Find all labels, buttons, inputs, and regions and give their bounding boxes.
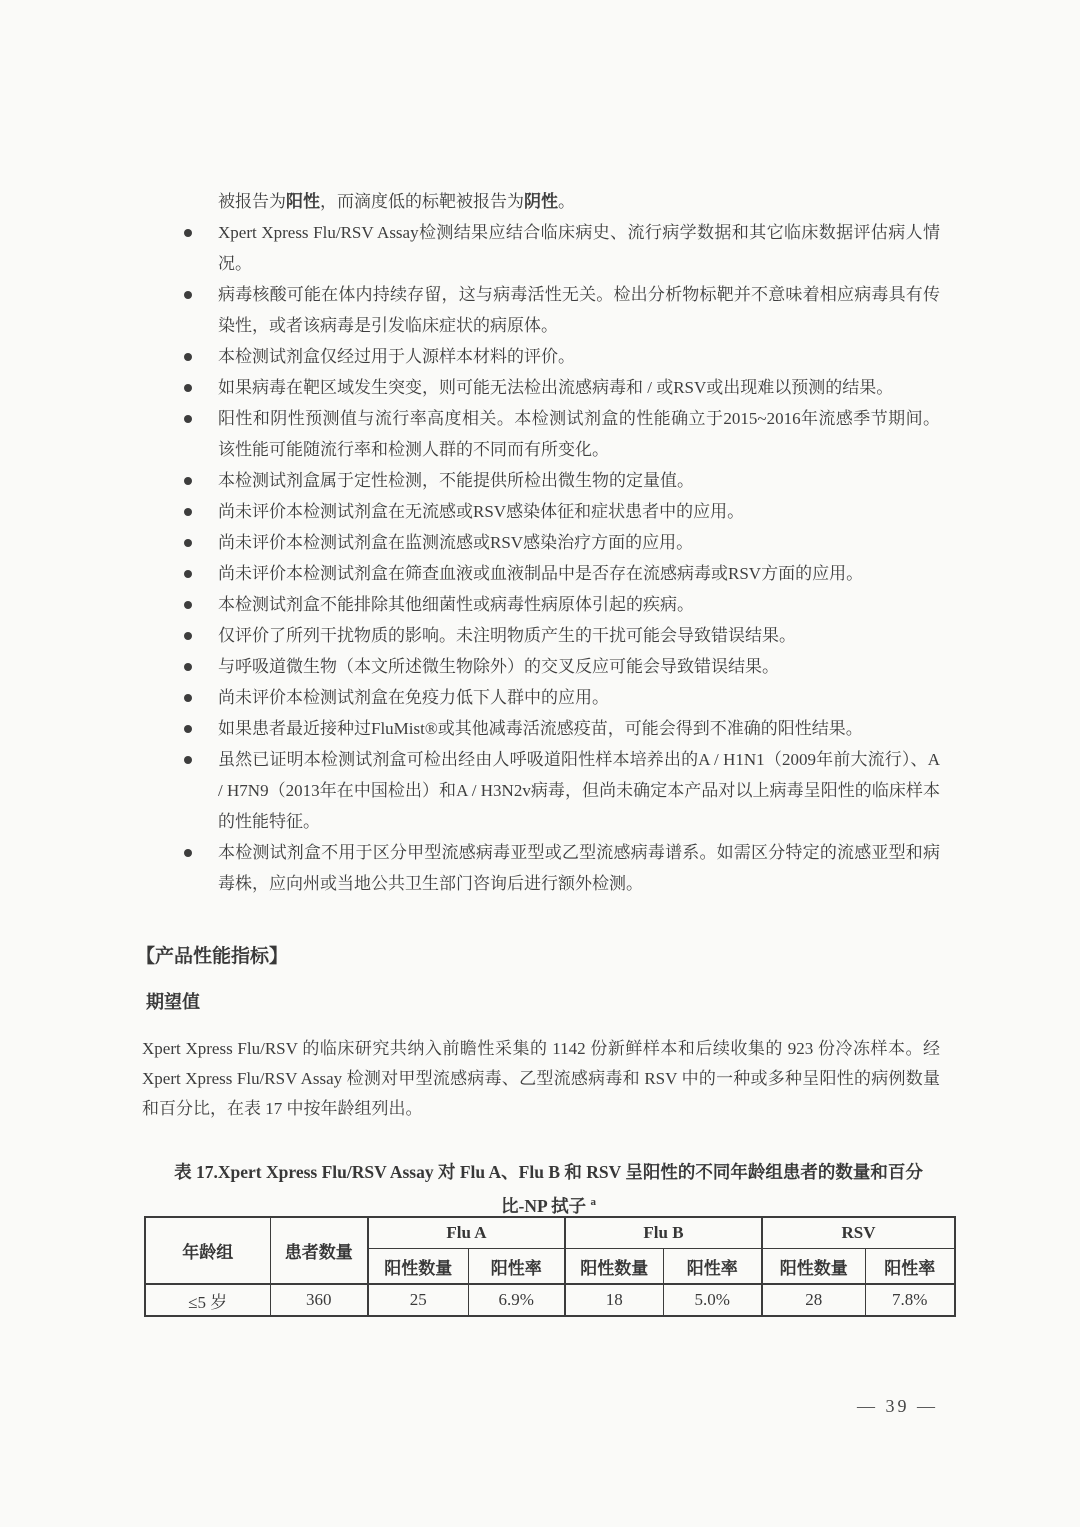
bullet-item: 本检测试剂盒属于定性检测，不能提供所检出微生物的定量值。 [140, 465, 940, 496]
table-17-caption: 表 17.Xpert Xpress Flu/RSV Assay 对 Flu A、… [140, 1157, 957, 1221]
bullet-item: 本检测试剂盒不用于区分甲型流感病毒亚型或乙型流感病毒谱系。如需区分特定的流感亚型… [140, 837, 940, 899]
col-header-rsv-positive-count: 阳性数量 [762, 1249, 865, 1285]
col-group-rsv: RSV [762, 1217, 955, 1249]
bullet-item: Xpert Xpress Flu/RSV Assay检测结果应结合临床病史、流行… [140, 217, 940, 279]
limitations-bullet-list: Xpert Xpress Flu/RSV Assay检测结果应结合临床病史、流行… [140, 217, 940, 899]
intro-text-bold-negative: 阴性 [524, 192, 558, 211]
bullet-item: 尚未评价本检测试剂盒在监测流感或RSV感染治疗方面的应用。 [140, 527, 940, 558]
cell-rsv-positive-count: 28 [762, 1284, 865, 1316]
cell-rsv-positive-rate: 7.8% [865, 1284, 955, 1316]
table-caption-footnote-marker: a [590, 1196, 596, 1208]
intro-text-pre: 被报告为 [218, 192, 286, 211]
cell-patient-count: 360 [270, 1284, 368, 1316]
intro-text-post: 。 [558, 192, 575, 211]
bullet-item: 阳性和阴性预测值与流行率高度相关。本检测试剂盒的性能确立于2015~2016年流… [140, 403, 940, 465]
bullet-item: 本检测试剂盒仅经过用于人源样本材料的评价。 [140, 341, 940, 372]
col-header-patient-count: 患者数量 [270, 1217, 368, 1284]
bullet-item: 病毒核酸可能在体内持续存留，这与病毒活性无关。检出分析物标靶并不意味着相应病毒具… [140, 279, 940, 341]
bullet-item: 如果患者最近接种过FluMist®或其他减毒活流感疫苗，可能会得到不准确的阳性结… [140, 713, 940, 744]
bullet-item: 仅评价了所列干扰物质的影响。未注明物质产生的干扰可能会导致错误结果。 [140, 620, 940, 651]
col-header-flu-b-positive-count: 阳性数量 [565, 1249, 663, 1285]
subsection-title-expected-values: 期望值 [146, 988, 200, 1014]
bullet-item: 尚未评价本检测试剂盒在免疫力低下人群中的应用。 [140, 682, 940, 713]
col-group-flu-a: Flu A [368, 1217, 565, 1249]
table-caption-line2: 比-NP 拭子 [501, 1196, 586, 1216]
intro-continuation-line: 被报告为阳性，而滴度低的标靶被报告为阴性。 [140, 186, 940, 217]
col-header-flu-a-positive-rate: 阳性率 [468, 1249, 565, 1285]
cell-flu-b-positive-count: 18 [565, 1284, 663, 1316]
cell-flu-b-positive-rate: 5.0% [663, 1284, 762, 1316]
col-header-age-group: 年龄组 [145, 1217, 270, 1284]
bullet-item: 如果病毒在靶区域发生突变，则可能无法检出流感病毒和 / 或RSV或出现难以预测的… [140, 372, 940, 403]
page-number: — 39 — [857, 1396, 938, 1417]
table-caption-line1: 表 17.Xpert Xpress Flu/RSV Assay 对 Flu A、… [174, 1162, 923, 1182]
cell-flu-a-positive-rate: 6.9% [468, 1284, 565, 1316]
bullet-item: 尚未评价本检测试剂盒在筛查血液或血液制品中是否存在流感病毒或RSV方面的应用。 [140, 558, 940, 589]
bullet-item: 与呼吸道微生物（本文所述微生物除外）的交叉反应可能会导致错误结果。 [140, 651, 940, 682]
expectations-paragraph: Xpert Xpress Flu/RSV 的临床研究共纳入前瞻性采集的 1142… [142, 1034, 940, 1124]
bullet-item: 虽然已证明本检测试剂盒可检出经由人呼吸道阳性样本培养出的A / H1N1（200… [140, 744, 940, 837]
table-17-performance: 年龄组 患者数量 Flu A Flu B RSV 阳性数量 阳性率 阳性数量 阳… [144, 1216, 956, 1317]
intro-text-mid: ，而滴度低的标靶被报告为 [320, 192, 524, 211]
bullet-item: 尚未评价本检测试剂盒在无流感或RSV感染体征和症状患者中的应用。 [140, 496, 940, 527]
table-row: ≤5 岁 360 25 6.9% 18 5.0% 28 7.8% [145, 1284, 955, 1316]
bullet-item: 本检测试剂盒不能排除其他细菌性或病毒性病原体引起的疾病。 [140, 589, 940, 620]
col-group-flu-b: Flu B [565, 1217, 762, 1249]
cell-flu-a-positive-count: 25 [368, 1284, 468, 1316]
section-header-product-performance: 【产品性能指标】 [136, 941, 288, 968]
col-header-flu-b-positive-rate: 阳性率 [663, 1249, 762, 1285]
cell-age-group: ≤5 岁 [145, 1284, 270, 1316]
col-header-rsv-positive-rate: 阳性率 [865, 1249, 955, 1285]
col-header-flu-a-positive-count: 阳性数量 [368, 1249, 468, 1285]
intro-text-bold-positive: 阳性 [286, 192, 320, 211]
document-page: 被报告为阳性，而滴度低的标靶被报告为阴性。 Xpert Xpress Flu/R… [0, 0, 1080, 1527]
